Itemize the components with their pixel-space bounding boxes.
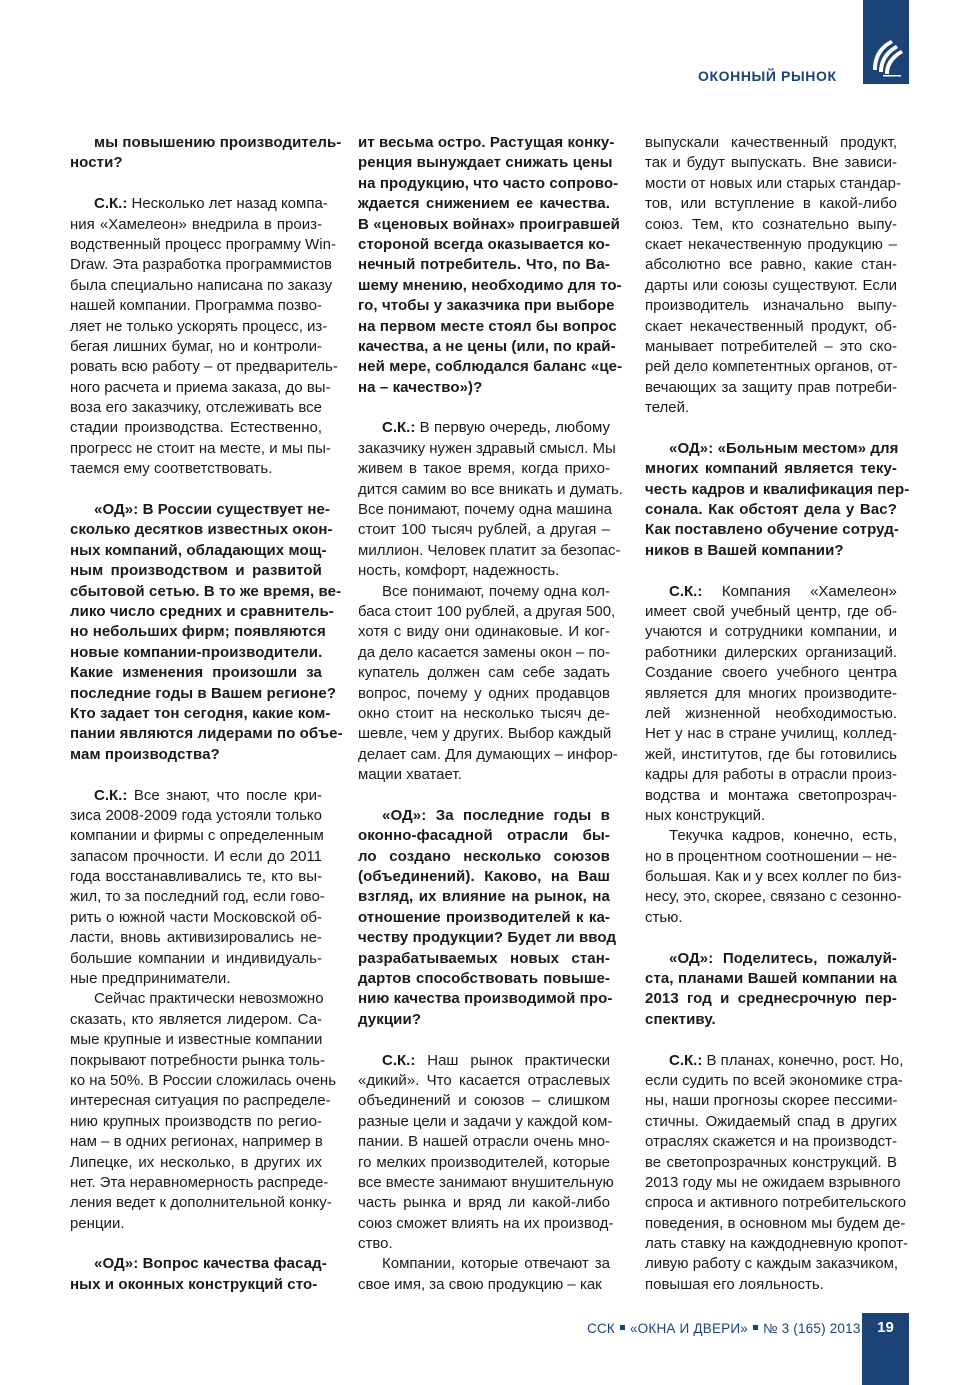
line-text: покрывают потребности рынка толь-	[70, 1052, 325, 1069]
line-text: спективу.	[645, 1011, 716, 1028]
text-line: дукции?	[358, 1010, 610, 1030]
text-line: ность, комфорт, надежность.	[358, 561, 610, 581]
text-line: пании являются лидерами по объе-	[70, 724, 322, 744]
text-line: большие компании и индивидуаль-	[70, 949, 322, 969]
line-text: на – качество»)?	[358, 379, 482, 396]
text-line: союз. Тем, кто сознательно выпу-	[645, 215, 897, 235]
paragraph-spacer	[70, 480, 322, 500]
interview-answer: С.К.: В планах, конечно, рост. Но,если с…	[645, 1051, 897, 1296]
line-text: пании. В нашей отрасли очень мно-	[358, 1133, 610, 1150]
text-line: «ОД»: «Больным местом» для	[645, 439, 897, 459]
text-line: шевле, чем у других. Выбор каждый	[358, 724, 610, 744]
text-line: делает сам. Для думающих – инфор-	[358, 745, 610, 765]
line-text: В «ценовых войнах» проигравшей	[358, 216, 620, 233]
text-line: Все понимают, почему одна кол-	[358, 582, 610, 602]
line-text: ливую работу с каждым заказчиком,	[645, 1255, 898, 1272]
line-text: отраслях скажется и на производст-	[645, 1133, 897, 1150]
line-text: рить о южной части Московской об-	[70, 909, 322, 926]
text-line: спроса и активного потребительского	[645, 1193, 897, 1213]
interview-question: мы повышению производитель-ности?	[70, 133, 322, 174]
text-line: да дело касается замены окон – по-	[358, 643, 610, 663]
text-line: Создание своего учебного центра	[645, 663, 897, 683]
line-text: большая. Как и у всех коллег по биз-	[645, 868, 902, 885]
text-line: последние годы в Вашем регионе?	[70, 684, 322, 704]
text-line: большая. Как и у всех коллег по биз-	[645, 867, 897, 887]
line-text: спроса и активного потребительского	[645, 1194, 906, 1211]
line-text: несу, это, скорее, связано с сезонно-	[645, 888, 902, 905]
paragraph-spacer	[645, 1030, 897, 1050]
text-line: компании и фирмы с определенным	[70, 826, 322, 846]
line-text: на продукцию, что часто сопрово-	[358, 175, 618, 192]
paragraph: выпускали качественный продукт,так и буд…	[645, 133, 897, 418]
text-line: ных и оконных конструкций сто-	[70, 1275, 322, 1295]
line-text: компании и фирмы с определенным	[70, 827, 324, 844]
line-text: сонала. Как обстоят дела у Вас?	[645, 501, 897, 518]
text-line: но в процентном соотношении – не-	[645, 847, 897, 867]
text-line: зиса 2008-2009 года устояли только	[70, 806, 322, 826]
text-line: ния «Хамелеон» внедрила в произ-	[70, 215, 322, 235]
text-line: производитель изначально выпу-	[645, 296, 897, 316]
line-text: сколько десятков известных окон-	[70, 521, 333, 538]
line-text: так и будут выпускать. Вне зависи-	[645, 154, 897, 171]
line-text: ные предприниматели.	[70, 970, 230, 987]
text-line: если судить по всей экономике стра-	[645, 1071, 897, 1091]
line-text: является для многих производите-	[645, 685, 897, 702]
text-line: го мелких производителей, которые	[358, 1153, 610, 1173]
line-text: качества, а не цены (или, по край-	[358, 338, 616, 355]
line-text: лико число средних и сравнитель-	[70, 603, 334, 620]
line-text: «ОД»: «Больным местом» для	[669, 440, 899, 457]
line-text: интересная ситуация по распределе-	[70, 1092, 331, 1109]
line-text: была специально написана по заказу	[70, 277, 332, 294]
text-line: взгляд, их влияние на рынок, на	[358, 887, 610, 907]
text-line: Все понимают, почему одна машина	[358, 500, 610, 520]
line-text: водства и монтажа светопрозрач-	[645, 787, 897, 804]
line-text: дукции?	[358, 1011, 421, 1028]
text-line: интересная ситуация по распределе-	[70, 1091, 322, 1111]
text-line: разрабатываемых новых стан-	[358, 949, 610, 969]
line-text: ляет не только ускорять процесс, из-	[70, 318, 327, 335]
text-line: поведения, в основном мы будем де-	[645, 1214, 897, 1234]
paragraph: Текучка кадров, конечно, есть,но в проце…	[645, 826, 897, 928]
line-text: ния «Хамелеон» внедрила в произ-	[70, 216, 322, 233]
text-line: вопрос, почему у одних продавцов	[358, 684, 610, 704]
line-text: ность, комфорт, надежность.	[358, 562, 559, 579]
line-text: лей жизненной необходимостью.	[645, 705, 897, 722]
text-line: С.К.: Компания «Хамелеон»	[645, 582, 897, 602]
text-line: свое имя, за свою продукцию – как	[358, 1275, 610, 1295]
text-line: ренции.	[70, 1214, 322, 1234]
line-text: ности?	[70, 154, 123, 171]
text-line: вечающих за защиту прав потреби-	[645, 378, 897, 398]
text-line: Какие изменения произошли за	[70, 663, 322, 683]
text-line: окно стоит на несколько тысяч де-	[358, 704, 610, 724]
line-text: манывает потребителей – это ско-	[645, 338, 897, 355]
line-text: жил, то за последний год, если гово-	[70, 888, 325, 905]
text-line: Липецке, их несколько, в других их	[70, 1153, 322, 1173]
text-line: оконно-фасадной отрасли бы-	[358, 826, 610, 846]
text-line: манывает потребителей – это ско-	[645, 337, 897, 357]
text-line: ласти, вновь активизировались не-	[70, 928, 322, 948]
speaker-label: С.К.:	[669, 583, 702, 600]
text-line: качества, а не цены (или, по край-	[358, 337, 610, 357]
line-text: мы повышению производитель-	[94, 134, 341, 151]
line-text: Липецке, их несколько, в других их	[70, 1154, 322, 1171]
line-text: ко на 50%. В России сложилась очень	[70, 1072, 336, 1089]
line-text: водственный процесс программу Win-	[70, 236, 336, 253]
text-line: ство.	[358, 1234, 610, 1254]
line-text: ство.	[358, 1235, 393, 1252]
text-line: Сейчас практически невозможно	[70, 989, 322, 1009]
text-line: так и будут выпускать. Вне зависи-	[645, 153, 897, 173]
text-line: скает некачественный продукт, об-	[645, 317, 897, 337]
line-text: союз. Тем, кто сознательно выпу-	[645, 216, 897, 233]
line-text: стоит 100 тысяч рублей, а другая –	[358, 521, 610, 538]
text-line: ности?	[70, 153, 322, 173]
line-text: зиса 2008-2009 года устояли только	[70, 807, 322, 824]
line-text: ных компаний, обладающих мощ-	[70, 542, 327, 559]
text-line: ным производством и развитой	[70, 561, 322, 581]
line-text: разрабатываемых новых стан-	[358, 950, 610, 967]
footer-issue: № 3 (165) 2013	[763, 1321, 861, 1336]
text-line: ляет не только ускорять процесс, из-	[70, 317, 322, 337]
line-text: Draw. Эта разработка программистов	[70, 256, 332, 273]
line-text: Наш рынок практически	[415, 1052, 610, 1069]
text-line: ко на 50%. В России сложилась очень	[70, 1071, 322, 1091]
footer-publisher: ССК	[587, 1321, 615, 1336]
line-text: Компании, которые отвечают за	[382, 1255, 610, 1272]
line-text: нечный потребитель. Что, по Ва-	[358, 256, 610, 273]
line-text: делает сам. Для думающих – инфор-	[358, 746, 618, 763]
line-text: ровать всю работу – от предваритель-	[70, 358, 338, 375]
paragraph: Сейчас практически невозможносказать, кт…	[70, 989, 322, 1234]
line-text: ло создано несколько союзов	[358, 848, 610, 865]
text-line: запасом прочности. И если до 2011	[70, 847, 322, 867]
text-line: кадры для работы в отрасли произ-	[645, 765, 897, 785]
text-line: телей.	[645, 398, 897, 418]
line-text: если судить по всей экономике стра-	[645, 1072, 903, 1089]
text-line: 2013 году мы не ожидаем взрывного	[645, 1173, 897, 1193]
text-line: лать ставку на каждодневную кропот-	[645, 1234, 897, 1254]
page-number: 19	[862, 1319, 909, 1336]
line-text: Какие изменения произошли за	[70, 664, 322, 681]
line-text: таемся ему соответствовать.	[70, 460, 272, 477]
text-line: нечный потребитель. Что, по Ва-	[358, 255, 610, 275]
text-line: баса стоит 100 рублей, а другая 500,	[358, 602, 610, 622]
line-text: отношение производителей к ка-	[358, 909, 610, 926]
text-line: честь кадров и квалификация пер-	[645, 480, 897, 500]
line-text: ников в Вашей компании?	[645, 542, 844, 559]
page-number-block: 19	[862, 1313, 909, 1385]
text-line: стичны. Ожидаемый спад в других	[645, 1112, 897, 1132]
line-text: сказать, кто является лидером. Са-	[70, 1011, 322, 1028]
square-bullet-icon	[620, 1325, 625, 1330]
line-text: стороной всегда оказывается ко-	[358, 236, 610, 253]
text-line: дарты или союзы существуют. Если	[645, 276, 897, 296]
footer-magazine: «ОКНА И ДВЕРИ»	[630, 1321, 748, 1336]
line-text: В планах, конечно, рост. Но,	[702, 1052, 903, 1069]
text-line: ны, наши прогнозы скорее пессими-	[645, 1091, 897, 1111]
line-text: Компания «Хамелеон»	[702, 583, 897, 600]
text-line: честву продукции? Будет ли ввод	[358, 928, 610, 948]
text-line: абсолютно все равно, какие стан-	[645, 255, 897, 275]
text-line: но небольших фирм; появляются	[70, 622, 322, 642]
line-text: ней мере, соблюдался баланс «це-	[358, 358, 622, 375]
text-line: сбытовой сетью. В то же время, ве-	[70, 582, 322, 602]
line-text: ного расчета и приема заказа, до вы-	[70, 379, 331, 396]
line-text: мые крупные и известные компании	[70, 1031, 322, 1048]
line-text: поведения, в основном мы будем де-	[645, 1215, 905, 1232]
line-text: «ОД»: Вопрос качества фасад-	[94, 1255, 327, 1272]
line-text: ста, планами Вашей компании на	[645, 970, 897, 987]
text-line: шему мнению, необходимо для то-	[358, 276, 610, 296]
text-line: отношение производителей к ка-	[358, 908, 610, 928]
text-line: была специально написана по заказу	[70, 276, 322, 296]
speaker-label: С.К.:	[382, 419, 415, 436]
line-text: абсолютно все равно, какие стан-	[645, 256, 897, 273]
paragraph: Все понимают, почему одна кол-баса стоит…	[358, 582, 610, 786]
line-text: все вместе занимают внушительную	[358, 1174, 614, 1191]
text-line: учаются и сотрудники компании, и	[645, 622, 897, 642]
text-line: живем в такое время, когда прихо-	[358, 459, 610, 479]
window-arcs-logo-icon	[867, 30, 905, 78]
line-text: воза его заказчику, отслеживать все	[70, 399, 322, 416]
interview-question: «ОД»: «Больным местом» длямногих компани…	[645, 439, 897, 561]
text-line: Нет у нас в стране училищ, коллед-	[645, 724, 897, 744]
line-text: мации хватает.	[358, 766, 462, 783]
paragraph-spacer	[358, 1030, 610, 1050]
text-line: на первом месте стоял бы вопрос	[358, 317, 610, 337]
line-text: да дело касается замены окон – по-	[358, 644, 610, 661]
text-line: мы повышению производитель-	[70, 133, 322, 153]
line-text: но небольших фирм; появляются	[70, 623, 326, 640]
text-line: повышая его лояльность.	[645, 1275, 897, 1295]
line-text: ных конструкций.	[645, 807, 765, 824]
line-text: баса стоит 100 рублей, а другая 500,	[358, 603, 615, 620]
line-text: Текучка кадров, конечно, есть,	[669, 827, 897, 844]
text-line: ных компаний, обладающих мощ-	[70, 541, 322, 561]
line-text: года восстанавливались те, кто вы-	[70, 868, 322, 885]
line-text: тов, или вступление в какой-либо	[645, 195, 897, 212]
line-text: объединений и союзов – слишком	[358, 1092, 610, 1109]
text-line: ит весьма остро. Растущая конку-	[358, 133, 610, 153]
text-line: Как поставлено обучение сотруд-	[645, 520, 897, 540]
interview-answer: С.К.: В первую очередь, любомузаказчику …	[358, 418, 610, 581]
text-line: го, чтобы у заказчика при выборе	[358, 296, 610, 316]
interview-question: «ОД»: Поделитесь, пожалуй-ста, планами В…	[645, 949, 897, 1031]
line-text: запасом прочности. И если до 2011	[70, 848, 322, 865]
line-text: го мелких производителей, которые	[358, 1154, 610, 1171]
line-text: нию крупных производств по регио-	[70, 1113, 322, 1130]
line-text: мам производства?	[70, 746, 220, 763]
line-text: мости от новых или старых стандар-	[645, 175, 901, 192]
text-line: спективу.	[645, 1010, 897, 1030]
line-text: хотя с виду они одинаковые. И ког-	[358, 623, 610, 640]
text-line: ровать всю работу – от предваритель-	[70, 357, 322, 377]
text-line: сколько десятков известных окон-	[70, 520, 322, 540]
line-text: заказчику нужен здравый смысл. Мы	[358, 440, 616, 457]
text-line: разные цели и задачи у каждой ком-	[358, 1112, 610, 1132]
text-line: Кто задает тон сегодня, какие ком-	[70, 704, 322, 724]
line-text: ны, наши прогнозы скорее пессими-	[645, 1092, 897, 1109]
text-line: новые компании-производители.	[70, 643, 322, 663]
text-line: купатель должен сам себе задать	[358, 663, 610, 683]
text-line: ней мере, соблюдался баланс «це-	[358, 357, 610, 377]
text-line: «ОД»: За последние годы в	[358, 806, 610, 826]
text-line: мам производства?	[70, 745, 322, 765]
text-line: (объединений). Каково, на Ваш	[358, 867, 610, 887]
text-line: нашей компании. Программа позво-	[70, 296, 322, 316]
text-line: Компании, которые отвечают за	[358, 1254, 610, 1274]
line-text: лать ставку на каждодневную кропот-	[645, 1235, 908, 1252]
text-line: нам – в одних регионах, например в	[70, 1132, 322, 1152]
line-text: «дикий». Что касается отраслевых	[358, 1072, 610, 1089]
paragraph-spacer	[358, 398, 610, 418]
interview-answer: С.К.: Все знают, что после кри-зиса 2008…	[70, 786, 322, 990]
text-line: жей, институтов, где бы готовились	[645, 745, 897, 765]
line-text: союз сможет влиять на их производ-	[358, 1215, 613, 1232]
text-line: мации хватает.	[358, 765, 610, 785]
text-line: союз сможет влиять на их производ-	[358, 1214, 610, 1234]
interview-question: ит весьма остро. Растущая конку-ренция в…	[358, 133, 610, 398]
article-column-1: мы повышению производитель-ности?С.К.: Н…	[70, 133, 322, 1295]
line-text: рей дело компетентных органов, от-	[645, 358, 898, 375]
line-text: Сейчас практически невозможно	[94, 990, 324, 1007]
line-text: ных и оконных конструкций сто-	[70, 1276, 317, 1293]
text-line: водственный процесс программу Win-	[70, 235, 322, 255]
text-line: дартов способствовать повыше-	[358, 969, 610, 989]
line-text: нам – в одних регионах, например в	[70, 1133, 323, 1150]
paragraph-spacer	[70, 174, 322, 194]
line-text: купатель должен сам себе задать	[358, 664, 610, 681]
text-line: ного расчета и приема заказа, до вы-	[70, 378, 322, 398]
text-line: мости от новых или старых стандар-	[645, 174, 897, 194]
line-text: телей.	[645, 399, 689, 416]
text-line: работники дилерских организаций.	[645, 643, 897, 663]
line-text: вечающих за защиту прав потреби-	[645, 379, 897, 396]
text-line: имеет свой учебный центр, где об-	[645, 602, 897, 622]
line-text: шевле, чем у других. Выбор каждый	[358, 725, 611, 742]
text-line: прогресс не стоит на месте, и мы пы-	[70, 439, 322, 459]
text-line: С.К.: Наш рынок практически	[358, 1051, 610, 1071]
line-text: ждается снижением ее качества.	[358, 195, 610, 212]
text-line: часть рынка и вряд ли какой-либо	[358, 1193, 610, 1213]
line-text: 2013 году мы не ожидаем взрывного	[645, 1174, 901, 1191]
text-line: стью.	[645, 908, 897, 928]
square-bullet-icon	[753, 1325, 758, 1330]
text-line: Текучка кадров, конечно, есть,	[645, 826, 897, 846]
line-text: «ОД»: Поделитесь, пожалуй-	[669, 950, 897, 967]
magazine-logo	[863, 0, 909, 84]
paragraph-spacer	[645, 561, 897, 581]
text-line: объединений и союзов – слишком	[358, 1091, 610, 1111]
line-text: «ОД»: В России существует не-	[94, 501, 330, 518]
text-line: нет. Эта неравномерность распреде-	[70, 1173, 322, 1193]
line-text: нию качества производимой про-	[358, 990, 612, 1007]
line-text: Создание своего учебного центра	[645, 664, 897, 681]
line-text: жей, институтов, где бы готовились	[645, 746, 897, 763]
interview-answer: С.К.: Несколько лет назад компа-ния «Хам…	[70, 194, 322, 479]
line-text: окно стоит на несколько тысяч де-	[358, 705, 610, 722]
line-text: Нет у нас в стране училищ, коллед-	[645, 725, 897, 742]
line-text: учаются и сотрудники компании, и	[645, 623, 897, 640]
text-line: ренция вынуждает снижать цены	[358, 153, 610, 173]
line-text: ления ведет к дополнительной конку-	[70, 1194, 332, 1211]
text-line: С.К.: Несколько лет назад компа-	[70, 194, 322, 214]
line-text: Как поставлено обучение сотруд-	[645, 521, 899, 538]
line-text: ренция вынуждает снижать цены	[358, 154, 613, 171]
text-line: С.К.: В первую очередь, любому	[358, 418, 610, 438]
line-text: производитель изначально выпу-	[645, 297, 897, 314]
text-line: выпускали качественный продукт,	[645, 133, 897, 153]
line-text: выпускали качественный продукт,	[645, 134, 897, 151]
line-text: Все понимают, почему одна машина	[358, 501, 612, 518]
text-line: на – качество»)?	[358, 378, 610, 398]
text-line: многих компаний является теку-	[645, 459, 897, 479]
paragraph-spacer	[70, 1234, 322, 1254]
text-line: ло создано несколько союзов	[358, 847, 610, 867]
line-text: В первую очередь, любому	[415, 419, 610, 436]
line-text: дарты или союзы существуют. Если	[645, 277, 897, 294]
text-line: бегая лишних бумаг, но и контроли-	[70, 337, 322, 357]
text-line: водства и монтажа светопрозрач-	[645, 786, 897, 806]
text-line: нию качества производимой про-	[358, 989, 610, 1009]
line-text: честву продукции? Будет ли ввод	[358, 929, 616, 946]
line-text: вопрос, почему у одних продавцов	[358, 685, 610, 702]
line-text: нет. Эта неравномерность распреде-	[70, 1174, 328, 1191]
text-line: ления ведет к дополнительной конку-	[70, 1193, 322, 1213]
text-line: ливую работу с каждым заказчиком,	[645, 1254, 897, 1274]
line-text: 2013 год и среднесрочную пер-	[645, 990, 897, 1007]
text-line: воза его заказчику, отслеживать все	[70, 398, 322, 418]
text-line: является для многих производите-	[645, 684, 897, 704]
text-line: таемся ему соответствовать.	[70, 459, 322, 479]
section-title: ОКОННЫЙ РЫНОК	[698, 68, 837, 84]
line-text: разные цели и задачи у каждой ком-	[358, 1113, 612, 1130]
paragraph-spacer	[70, 765, 322, 785]
line-text: повышая его лояльность.	[645, 1276, 824, 1293]
line-text: взгляд, их влияние на рынок, на	[358, 888, 610, 905]
text-line: нию крупных производств по регио-	[70, 1112, 322, 1132]
line-text: свое имя, за свою продукцию – как	[358, 1276, 602, 1293]
line-text: ит весьма остро. Растущая конку-	[358, 134, 614, 151]
line-text: честь кадров и квалификация пер-	[645, 481, 909, 498]
line-text: но в процентном соотношении – не-	[645, 848, 897, 865]
text-line: мые крупные и известные компании	[70, 1030, 322, 1050]
text-line: скает некачественную продукцию –	[645, 235, 897, 255]
text-line: лико число средних и сравнитель-	[70, 602, 322, 622]
text-line: ных конструкций.	[645, 806, 897, 826]
line-text: скает некачественную продукцию –	[645, 236, 897, 253]
text-line: ников в Вашей компании?	[645, 541, 897, 561]
paragraph: Компании, которые отвечают засвое имя, з…	[358, 1254, 610, 1295]
text-line: тов, или вступление в какой-либо	[645, 194, 897, 214]
text-line: С.К.: Все знают, что после кри-	[70, 786, 322, 806]
line-text: Все понимают, почему одна кол-	[382, 583, 610, 600]
article-column-3: выпускали качественный продукт,так и буд…	[645, 133, 897, 1295]
line-text: многих компаний является теку-	[645, 460, 897, 477]
speaker-label: С.К.:	[382, 1052, 415, 1069]
text-line: жил, то за последний год, если гово-	[70, 887, 322, 907]
text-line: миллион. Человек платит за безопас-	[358, 541, 610, 561]
speaker-label: С.К.:	[669, 1052, 702, 1069]
text-line: «ОД»: Вопрос качества фасад-	[70, 1254, 322, 1274]
text-line: «ОД»: В России существует не-	[70, 500, 322, 520]
line-text: пании являются лидерами по объе-	[70, 725, 343, 742]
line-text: ным производством и развитой	[70, 562, 322, 579]
text-line: стороной всегда оказывается ко-	[358, 235, 610, 255]
line-text: прогресс не стоит на месте, и мы пы-	[70, 440, 331, 457]
